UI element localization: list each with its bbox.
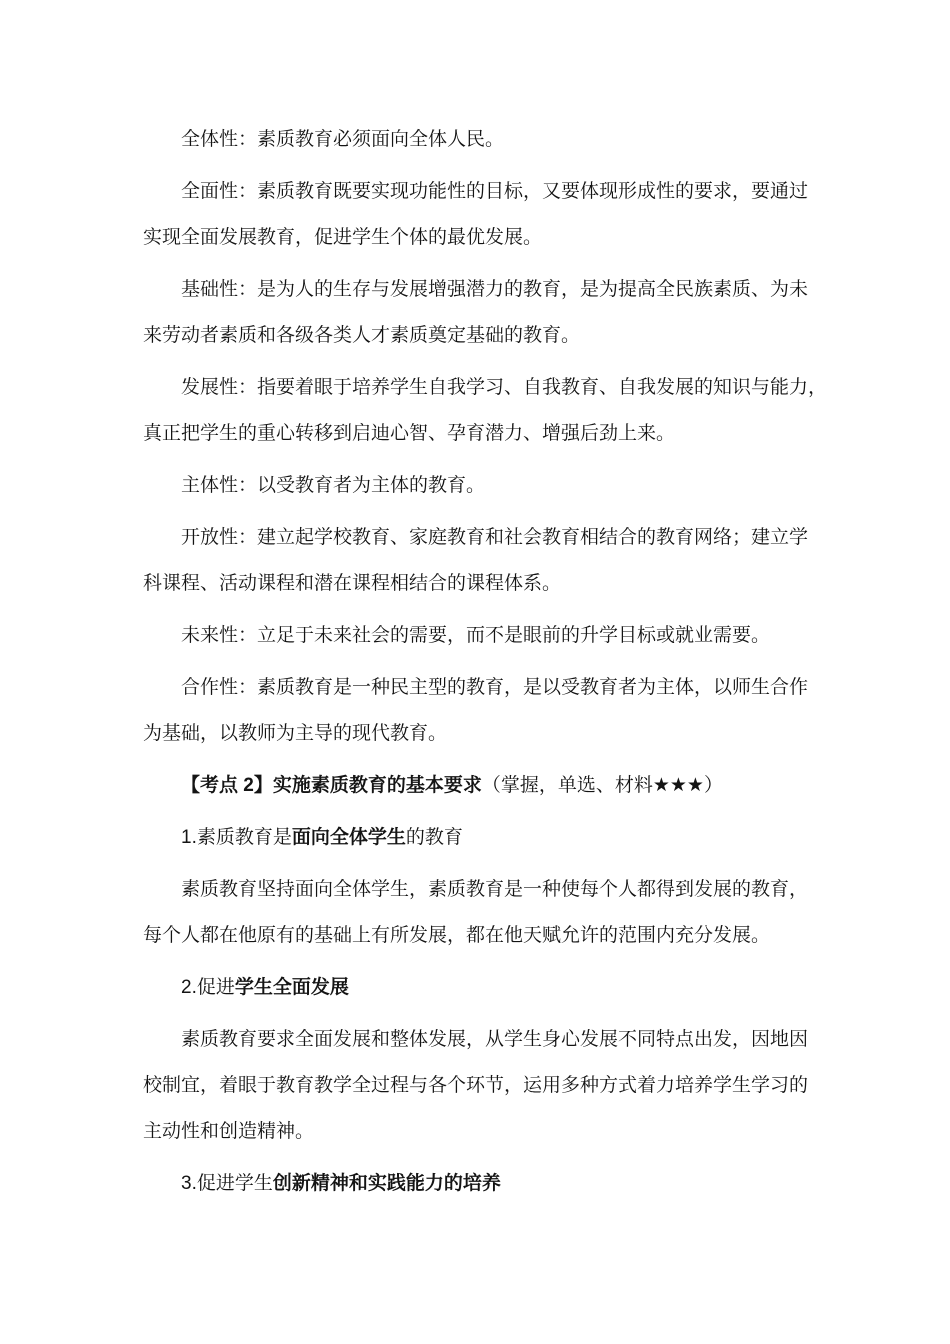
- text-run: 合作性：素质教育是一种民主型的教育，是以受教育者为主体，以师生合作: [181, 677, 808, 698]
- text-line: 为基础，以教师为主导的现代教育。: [143, 711, 807, 757]
- text-run-bold: 学生全面发展: [235, 977, 349, 998]
- text-run: 全面性：素质教育既要实现功能性的目标，又要体现形成性的要求，要通过: [181, 181, 808, 202]
- text-run: 1.素质教育是: [181, 827, 292, 848]
- paragraph-12: 2.促进学生全面发展: [143, 965, 807, 1011]
- text-line: 来劳动者素质和各级各类人才素质奠定基础的教育。: [143, 313, 807, 359]
- text-line: 全面性：素质教育既要实现功能性的目标，又要体现形成性的要求，要通过: [143, 169, 807, 215]
- text-run-bold: 【考点 2】实施素质教育的基本要求: [181, 775, 482, 796]
- text-line: 科课程、活动课程和潜在课程相结合的课程体系。: [143, 561, 807, 607]
- text-run: 未来性：立足于未来社会的需要，而不是眼前的升学目标或就业需要。: [181, 625, 770, 646]
- text-run: 3.促进学生: [181, 1173, 273, 1194]
- paragraph-13: 素质教育要求全面发展和整体发展，从学生身心发展不同特点出发，因地因校制宜，着眼于…: [143, 1017, 807, 1155]
- text-run: 全体性：素质教育必须面向全体人民。: [181, 129, 504, 150]
- text-run: 校制宜，着眼于教育教学全过程与各个环节，运用多种方式着力培养学生学习的: [143, 1075, 808, 1096]
- text-line: 真正把学生的重心转移到启迪心智、孕育潜力、增强后劲上来。: [143, 411, 807, 457]
- paragraph-1: 全体性：素质教育必须面向全体人民。: [143, 117, 807, 163]
- text-line: 2.促进学生全面发展: [143, 965, 807, 1011]
- paragraph-8: 合作性：素质教育是一种民主型的教育，是以受教育者为主体，以师生合作为基础，以教师…: [143, 665, 807, 757]
- text-line: 发展性：指要着眼于培养学生自我学习、自我教育、自我发展的知识与能力，: [143, 365, 807, 411]
- paragraph-6: 开放性：建立起学校教育、家庭教育和社会教育相结合的教育网络；建立学科课程、活动课…: [143, 515, 807, 607]
- text-run: 基础性：是为人的生存与发展增强潜力的教育，是为提高全民族素质、为未: [181, 279, 808, 300]
- text-line: 【考点 2】实施素质教育的基本要求（掌握，单选、材料★★★）: [143, 763, 807, 809]
- text-run-bold: 面向全体学生: [292, 827, 406, 848]
- text-line: 主体性：以受教育者为主体的教育。: [143, 463, 807, 509]
- paragraph-3: 基础性：是为人的生存与发展增强潜力的教育，是为提高全民族素质、为未来劳动者素质和…: [143, 267, 807, 359]
- text-run: 2.促进: [181, 977, 235, 998]
- paragraph-14: 3.促进学生创新精神和实践能力的培养: [143, 1161, 807, 1207]
- paragraph-7: 未来性：立足于未来社会的需要，而不是眼前的升学目标或就业需要。: [143, 613, 807, 659]
- text-run: 主体性：以受教育者为主体的教育。: [181, 475, 485, 496]
- text-run: 为基础，以教师为主导的现代教育。: [143, 723, 447, 744]
- text-run-bold: 创新精神和实践能力的培养: [273, 1173, 501, 1194]
- text-run: 发展性：指要着眼于培养学生自我学习、自我教育、自我发展的知识与能力，: [181, 377, 827, 398]
- text-line: 3.促进学生创新精神和实践能力的培养: [143, 1161, 807, 1207]
- text-line: 实现全面发展教育，促进学生个体的最优发展。: [143, 215, 807, 261]
- text-line: 合作性：素质教育是一种民主型的教育，是以受教育者为主体，以师生合作: [143, 665, 807, 711]
- text-run: 开放性：建立起学校教育、家庭教育和社会教育相结合的教育网络；建立学: [181, 527, 808, 548]
- text-run: 来劳动者素质和各级各类人才素质奠定基础的教育。: [143, 325, 580, 346]
- text-line: 1.素质教育是面向全体学生的教育: [143, 815, 807, 861]
- text-run: 素质教育坚持面向全体学生，素质教育是一种使每个人都得到发展的教育，: [181, 879, 808, 900]
- paragraph-2: 全面性：素质教育既要实现功能性的目标，又要体现形成性的要求，要通过实现全面发展教…: [143, 169, 807, 261]
- paragraph-4: 发展性：指要着眼于培养学生自我学习、自我教育、自我发展的知识与能力，真正把学生的…: [143, 365, 807, 457]
- text-line: 全体性：素质教育必须面向全体人民。: [143, 117, 807, 163]
- text-run: 科课程、活动课程和潜在课程相结合的课程体系。: [143, 573, 561, 594]
- text-line: 基础性：是为人的生存与发展增强潜力的教育，是为提高全民族素质、为未: [143, 267, 807, 313]
- paragraph-9: 【考点 2】实施素质教育的基本要求（掌握，单选、材料★★★）: [143, 763, 807, 809]
- paragraph-11: 素质教育坚持面向全体学生，素质教育是一种使每个人都得到发展的教育，每个人都在他原…: [143, 867, 807, 959]
- text-line: 开放性：建立起学校教育、家庭教育和社会教育相结合的教育网络；建立学: [143, 515, 807, 561]
- text-line: 未来性：立足于未来社会的需要，而不是眼前的升学目标或就业需要。: [143, 613, 807, 659]
- text-line: 每个人都在他原有的基础上有所发展，都在他天赋允许的范围内充分发展。: [143, 913, 807, 959]
- text-run: 的教育: [406, 827, 463, 848]
- text-run: 主动性和创造精神。: [143, 1121, 314, 1142]
- paragraph-5: 主体性：以受教育者为主体的教育。: [143, 463, 807, 509]
- text-run: 实现全面发展教育，促进学生个体的最优发展。: [143, 227, 542, 248]
- text-run: 素质教育要求全面发展和整体发展，从学生身心发展不同特点出发，因地因: [181, 1029, 808, 1050]
- text-line: 素质教育坚持面向全体学生，素质教育是一种使每个人都得到发展的教育，: [143, 867, 807, 913]
- text-line: 素质教育要求全面发展和整体发展，从学生身心发展不同特点出发，因地因: [143, 1017, 807, 1063]
- paragraph-10: 1.素质教育是面向全体学生的教育: [143, 815, 807, 861]
- text-run: 真正把学生的重心转移到启迪心智、孕育潜力、增强后劲上来。: [143, 423, 675, 444]
- document-page: 全体性：素质教育必须面向全体人民。全面性：素质教育既要实现功能性的目标，又要体现…: [0, 0, 950, 1344]
- text-run: （掌握，单选、材料★★★）: [482, 775, 723, 796]
- text-line: 主动性和创造精神。: [143, 1109, 807, 1155]
- text-line: 校制宜，着眼于教育教学全过程与各个环节，运用多种方式着力培养学生学习的: [143, 1063, 807, 1109]
- text-run: 每个人都在他原有的基础上有所发展，都在他天赋允许的范围内充分发展。: [143, 925, 770, 946]
